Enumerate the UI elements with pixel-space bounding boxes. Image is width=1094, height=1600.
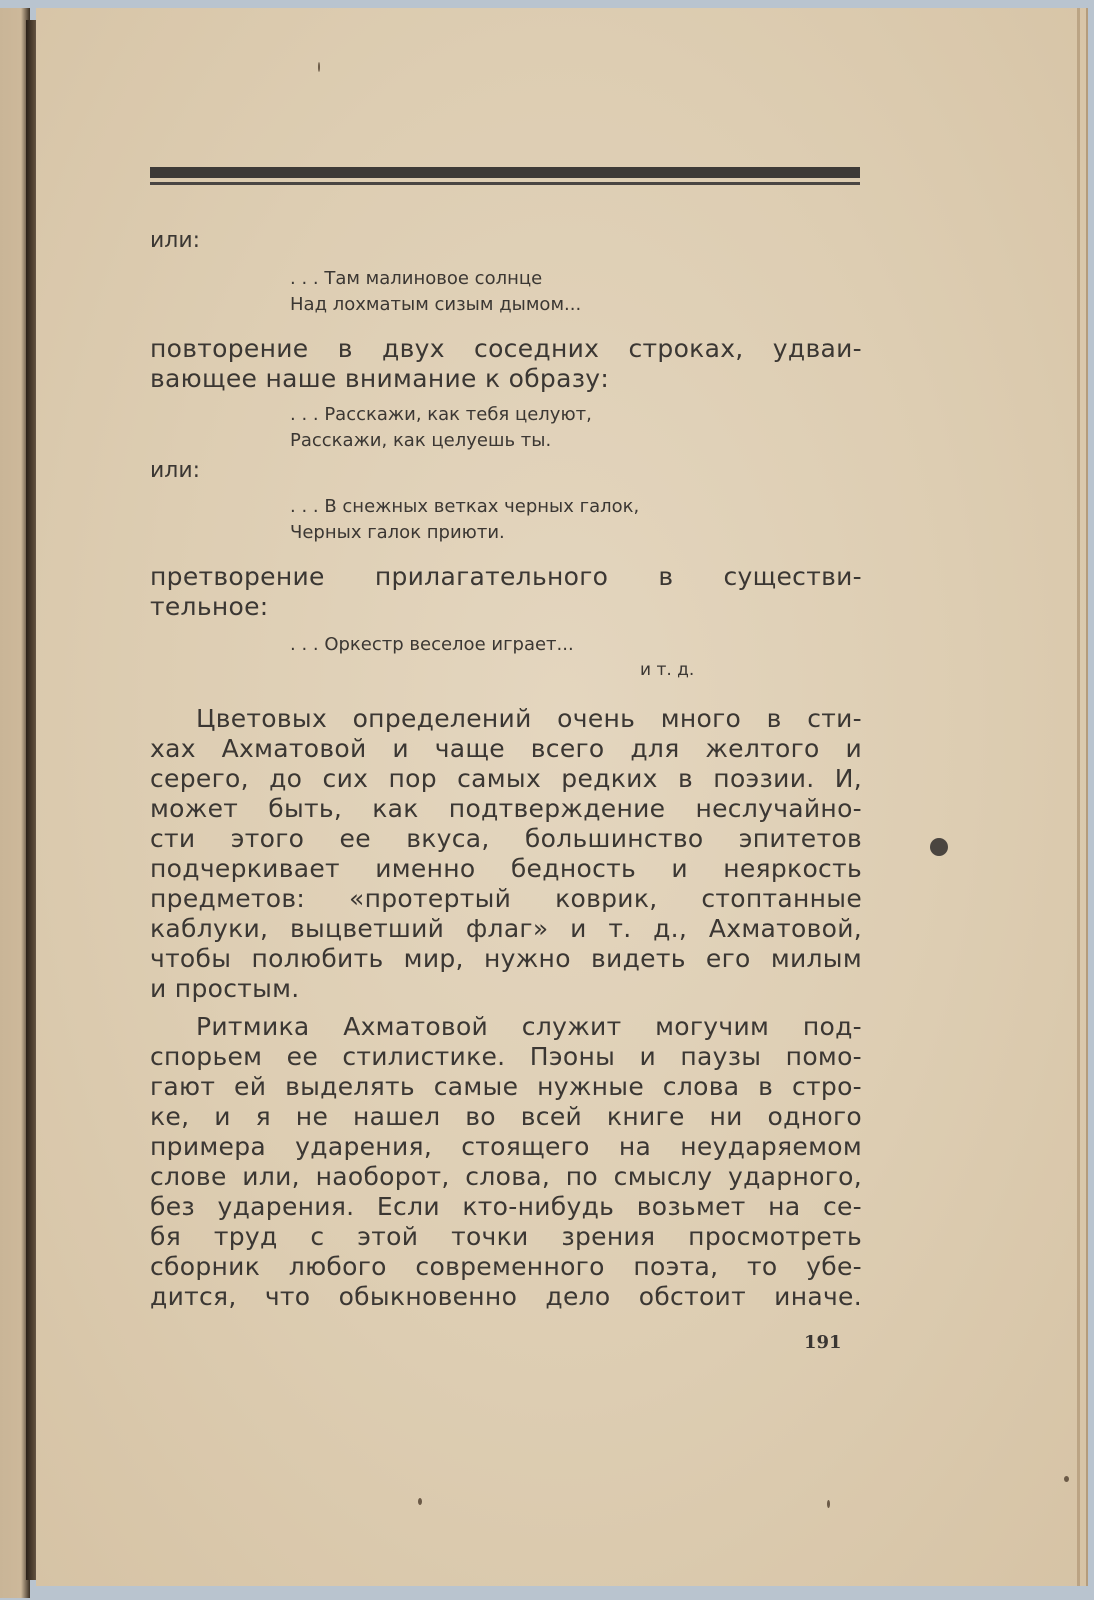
verse-attribution: и т. д. [150, 658, 862, 682]
text-line: без ударения. Если кто-нибудь возьмет на… [150, 1192, 862, 1222]
paper-speck [827, 1500, 830, 1508]
text-line: предметов: «протертый коврик, стоптанные [150, 884, 862, 914]
text-line: каблуки, выцветший флаг» и т. д., Ахмато… [150, 914, 862, 944]
text-line: тельное: [150, 592, 862, 622]
text-line: может быть, как подтверждение неслучайно… [150, 794, 862, 824]
text-line: подчеркивает именно бедность и неяркость [150, 854, 862, 884]
text-line: серего, до сих пор самых редких в поэзии… [150, 764, 862, 794]
text-line: гают ей выделять самые нужные слова в ст… [150, 1072, 862, 1102]
text-line: и простым. [150, 974, 862, 1004]
intro-text: или: [150, 456, 862, 486]
text-line: дится, что обыкновенно дело обстоит инач… [150, 1282, 862, 1312]
text-line: сборник любого современного поэта, то уб… [150, 1252, 862, 1282]
verse-quote: . . . Расскажи, как тебя целуют, Расскаж… [150, 402, 862, 454]
text-line: повторение в двух соседних строках, удва… [150, 334, 862, 364]
paragraph: повторение в двух соседних строках, удва… [150, 334, 862, 394]
text-line: слове или, наоборот, слова, по смыслу уд… [150, 1162, 862, 1192]
page-edge [1077, 8, 1080, 1586]
paragraph: претворение прилагательного в существи- … [150, 562, 862, 622]
text-line: претворение прилагательного в существи- [150, 562, 862, 592]
intro-text: или: [150, 226, 862, 256]
verse-line: . . . В снежных ветках черных галок, [150, 494, 862, 520]
etc-text: и т. д. [150, 658, 862, 682]
text-line: примера ударения, стоящего на неударяемо… [150, 1132, 862, 1162]
intro-label: или: [150, 456, 862, 486]
text-line: бя труд с этой точки зрения просмотреть [150, 1222, 862, 1252]
verse-quote: . . . В снежных ветках черных галок, Чер… [150, 494, 862, 546]
paper-speck [418, 1498, 422, 1505]
text-line: хах Ахматовой и чаще всего для желтого и [150, 734, 862, 764]
verse-line: . . . Расскажи, как тебя целуют, [150, 402, 862, 428]
text-line: Цветовых определений очень много в сти- [150, 704, 862, 734]
text-line: спорьем ее стилистике. Пэоны и паузы пом… [150, 1042, 862, 1072]
text-line: вающее наше внимание к образу: [150, 364, 862, 394]
verse-quote: . . . Оркестр веселое играет... [150, 632, 862, 658]
text-line: чтобы полюбить мир, нужно видеть его мил… [150, 944, 862, 974]
verse-line: Над лохматым сизым дымом... [150, 292, 862, 318]
verse-line: . . . Оркестр веселое играет... [150, 632, 862, 658]
verse-quote: . . . Там малиновое солнце Над лохматым … [150, 266, 862, 318]
paper-speck [1064, 1476, 1069, 1482]
paper-speck [318, 62, 320, 72]
header-rule-thin [150, 182, 860, 185]
verse-line: Черных галок приюти. [150, 520, 862, 546]
paragraph: Ритмика Ахматовой служит могучим под- сп… [150, 1012, 862, 1312]
paragraph: Цветовых определений очень много в сти- … [150, 704, 862, 1004]
ink-blot [930, 838, 948, 856]
header-rule-thick [150, 167, 860, 178]
text-line: ке, и я не нашел во всей книге ни одного [150, 1102, 862, 1132]
verse-line: Расскажи, как целуешь ты. [150, 428, 862, 454]
intro-label: или: [150, 226, 862, 256]
text-line: сти этого ее вкуса, большинство эпитетов [150, 824, 862, 854]
text-line: Ритмика Ахматовой служит могучим под- [150, 1012, 862, 1042]
page-number: 191 [804, 1332, 842, 1353]
verse-line: . . . Там малиновое солнце [150, 266, 862, 292]
